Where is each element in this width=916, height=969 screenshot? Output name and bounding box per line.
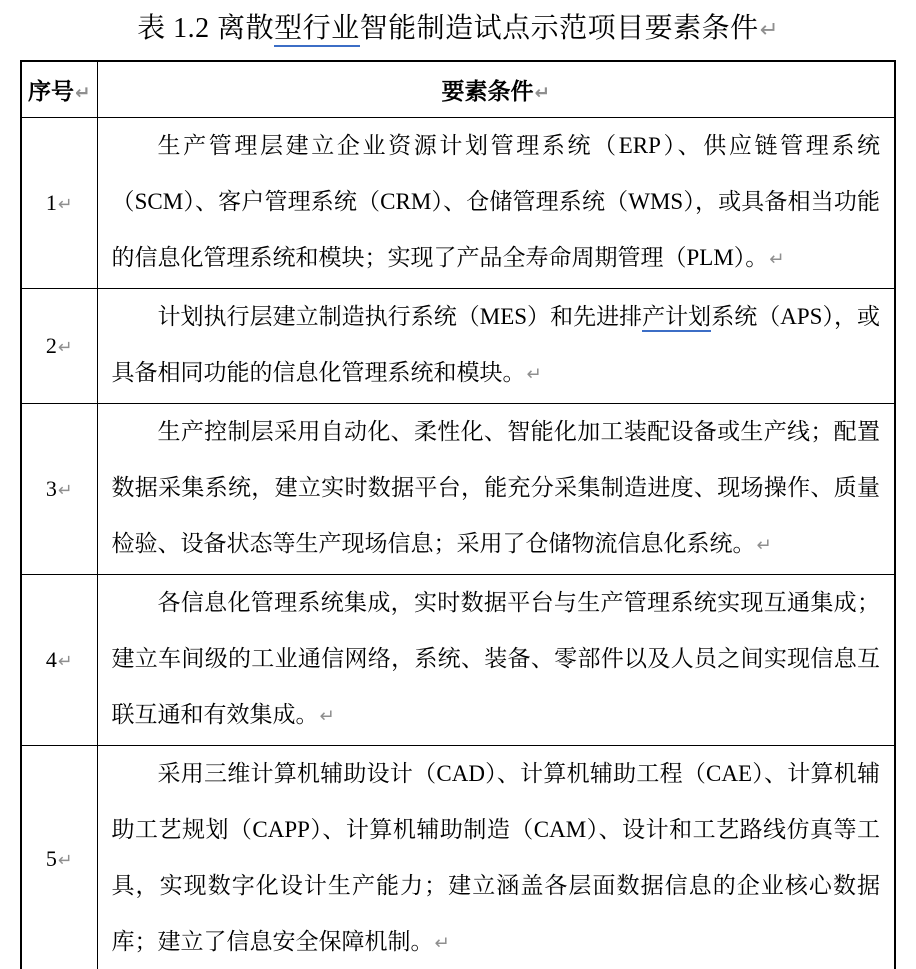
serial-number-cell: 4↵ bbox=[21, 575, 97, 746]
condition-text: 计划执行层建立制造执行系统（MES）和先进排 bbox=[158, 304, 643, 329]
condition-cell: 计划执行层建立制造执行系统（MES）和先进排产计划系统（APS），或具备相同功能… bbox=[97, 289, 895, 404]
header-label: 要素条件 bbox=[442, 79, 534, 104]
table-row: 2↵ 计划执行层建立制造执行系统（MES）和先进排产计划系统（APS），或具备相… bbox=[21, 289, 895, 404]
condition-text: 各信息化管理系统集成，实时数据平台与生产管理系统实现互通集成；建立车间级的工业通… bbox=[112, 590, 881, 727]
serial-number-cell: 1↵ bbox=[21, 118, 97, 289]
table-row: 1↵ 生产管理层建立企业资源计划管理系统（ERP）、供应链管理系统（SCM）、客… bbox=[21, 118, 895, 289]
paragraph-mark-icon: ↵ bbox=[759, 17, 779, 43]
paragraph-mark-icon: ↵ bbox=[526, 364, 542, 385]
paragraph-mark-icon: ↵ bbox=[57, 195, 73, 215]
table-header-row: 序号↵ 要素条件↵ bbox=[21, 61, 895, 118]
header-cell-serial-number: 序号↵ bbox=[21, 61, 97, 118]
condition-text-spellcheck-underlined: 产计划 bbox=[642, 304, 711, 332]
serial-number: 1 bbox=[46, 190, 57, 215]
condition-cell: 生产管理层建立企业资源计划管理系统（ERP）、供应链管理系统（SCM）、客户管理… bbox=[97, 118, 895, 289]
condition-paragraph: 生产控制层采用自动化、柔性化、智能化加工装配设备或生产线；配置数据采集系统，建立… bbox=[112, 404, 881, 574]
condition-cell: 采用三维计算机辅助设计（CAD）、计算机辅助工程（CAE）、计算机辅助工艺规划（… bbox=[97, 746, 895, 969]
serial-number: 5 bbox=[46, 846, 57, 871]
paragraph-mark-icon: ↵ bbox=[57, 338, 73, 358]
serial-number: 3 bbox=[46, 476, 57, 501]
header-cell-element-conditions: 要素条件↵ bbox=[97, 61, 895, 118]
paragraph-mark-icon: ↵ bbox=[756, 535, 772, 556]
condition-text: 生产管理层建立企业资源计划管理系统（ERP）、供应链管理系统（SCM）、客户管理… bbox=[112, 133, 881, 270]
serial-number: 2 bbox=[46, 333, 57, 358]
condition-paragraph: 各信息化管理系统集成，实时数据平台与生产管理系统实现互通集成；建立车间级的工业通… bbox=[112, 575, 881, 745]
caption-segment: 智能制造试点示范项目要素条件 bbox=[360, 13, 759, 44]
paragraph-mark-icon: ↵ bbox=[319, 706, 335, 727]
paragraph-mark-icon: ↵ bbox=[74, 83, 90, 104]
serial-number-cell: 3↵ bbox=[21, 404, 97, 575]
paragraph-mark-icon: ↵ bbox=[57, 851, 73, 871]
table-row: 3↵ 生产控制层采用自动化、柔性化、智能化加工装配设备或生产线；配置数据采集系统… bbox=[21, 404, 895, 575]
paragraph-mark-icon: ↵ bbox=[534, 83, 550, 104]
table-caption: 表 1.2 离散型行业智能制造试点示范项目要素条件↵ bbox=[0, 0, 916, 60]
paragraph-mark-icon: ↵ bbox=[434, 933, 450, 954]
serial-number-cell: 2↵ bbox=[21, 289, 97, 404]
caption-segment-spellcheck-underlined: 型行业 bbox=[274, 13, 360, 47]
paragraph-mark-icon: ↵ bbox=[57, 652, 73, 672]
elements-conditions-table: 序号↵ 要素条件↵ 1↵ 生产管理层建立企业资源计划管理系统（ERP）、供应链管… bbox=[20, 60, 896, 969]
condition-cell: 生产控制层采用自动化、柔性化、智能化加工装配设备或生产线；配置数据采集系统，建立… bbox=[97, 404, 895, 575]
header-label: 序号 bbox=[28, 79, 74, 104]
condition-text: 采用三维计算机辅助设计（CAD）、计算机辅助工程（CAE）、计算机辅助工艺规划（… bbox=[112, 761, 881, 954]
condition-cell: 各信息化管理系统集成，实时数据平台与生产管理系统实现互通集成；建立车间级的工业通… bbox=[97, 575, 895, 746]
table-row: 5↵ 采用三维计算机辅助设计（CAD）、计算机辅助工程（CAE）、计算机辅助工艺… bbox=[21, 746, 895, 969]
condition-paragraph: 采用三维计算机辅助设计（CAD）、计算机辅助工程（CAE）、计算机辅助工艺规划（… bbox=[112, 746, 881, 969]
serial-number: 4 bbox=[46, 647, 57, 672]
condition-paragraph: 计划执行层建立制造执行系统（MES）和先进排产计划系统（APS），或具备相同功能… bbox=[112, 289, 881, 403]
paragraph-mark-icon: ↵ bbox=[768, 249, 784, 270]
caption-segment: 表 1.2 离散 bbox=[137, 13, 274, 44]
table-row: 4↵ 各信息化管理系统集成，实时数据平台与生产管理系统实现互通集成；建立车间级的… bbox=[21, 575, 895, 746]
serial-number-cell: 5↵ bbox=[21, 746, 97, 969]
paragraph-mark-icon: ↵ bbox=[57, 481, 73, 501]
condition-paragraph: 生产管理层建立企业资源计划管理系统（ERP）、供应链管理系统（SCM）、客户管理… bbox=[112, 118, 881, 288]
document-page: 表 1.2 离散型行业智能制造试点示范项目要素条件↵ 序号↵ 要素条件↵ 1↵ … bbox=[0, 0, 916, 969]
